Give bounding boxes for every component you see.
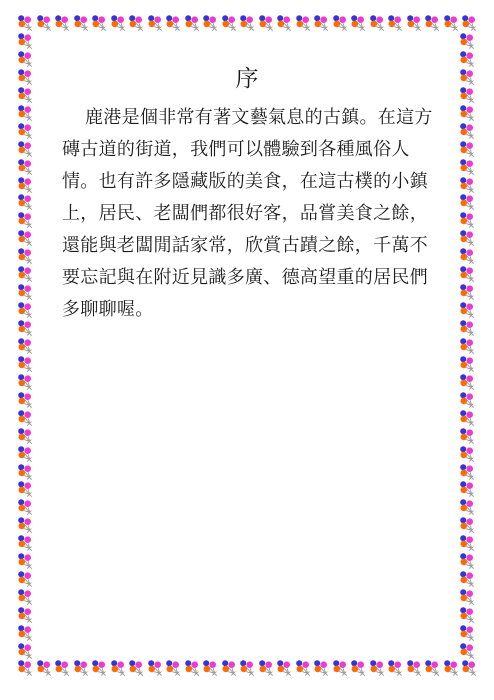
balloons-icon — [443, 660, 459, 676]
balloons-icon — [54, 15, 70, 31]
balloons-icon — [459, 266, 475, 282]
balloons-icon — [350, 660, 366, 676]
balloons-icon — [459, 230, 475, 246]
balloons-icon — [202, 660, 218, 676]
balloons-icon — [459, 589, 475, 605]
body-paragraph: 鹿港是個非常有著文藝氣息的古鎮。在這方磚古道的街道，我們可以體驗到各種風俗人情。… — [62, 101, 434, 325]
document-page: 序 鹿港是個非常有著文藝氣息的古鎮。在這方磚古道的街道，我們可以體驗到各種風俗人… — [0, 0, 494, 700]
balloons-icon — [295, 660, 311, 676]
balloon-border-right — [459, 33, 475, 659]
balloons-icon — [258, 660, 274, 676]
balloons-icon — [459, 33, 475, 49]
balloons-icon — [165, 660, 181, 676]
balloons-icon — [459, 517, 475, 533]
balloons-icon — [128, 660, 144, 676]
balloons-icon — [459, 105, 475, 121]
balloons-icon — [17, 105, 33, 121]
balloons-icon — [459, 284, 475, 300]
page-title: 序 — [0, 60, 494, 93]
balloons-icon — [17, 517, 33, 533]
balloons-icon — [17, 428, 33, 444]
balloons-icon — [110, 660, 126, 676]
balloons-icon — [91, 15, 107, 31]
balloons-icon — [459, 625, 475, 641]
balloons-icon — [459, 643, 475, 659]
balloons-icon — [17, 302, 33, 318]
paragraph-line: 上，居民、老闆們都很好客，品嘗美食之餘， — [62, 197, 434, 229]
balloons-icon — [17, 266, 33, 282]
balloons-icon — [459, 607, 475, 623]
balloon-border-bottom — [17, 660, 477, 676]
balloons-icon — [17, 194, 33, 210]
balloons-icon — [459, 410, 475, 426]
balloons-icon — [17, 15, 33, 31]
paragraph-line: 多聊聊喔。 — [62, 293, 434, 325]
balloons-icon — [387, 15, 403, 31]
balloons-icon — [313, 660, 329, 676]
balloons-icon — [73, 660, 89, 676]
balloons-icon — [295, 15, 311, 31]
balloons-icon — [17, 338, 33, 354]
balloons-icon — [369, 660, 385, 676]
paragraph-line: 磚古道的街道，我們可以體驗到各種風俗人 — [62, 133, 434, 165]
balloons-icon — [332, 660, 348, 676]
balloons-icon — [461, 15, 477, 31]
balloons-icon — [36, 660, 52, 676]
balloons-icon — [387, 660, 403, 676]
balloons-icon — [459, 392, 475, 408]
balloons-icon — [147, 15, 163, 31]
balloons-icon — [17, 446, 33, 462]
balloons-icon — [17, 177, 33, 193]
balloons-icon — [17, 481, 33, 497]
balloons-icon — [459, 338, 475, 354]
balloons-icon — [110, 15, 126, 31]
balloons-icon — [459, 535, 475, 551]
balloons-icon — [443, 15, 459, 31]
balloons-icon — [17, 374, 33, 390]
balloons-icon — [459, 141, 475, 157]
balloons-icon — [459, 194, 475, 210]
balloons-icon — [17, 660, 33, 676]
balloons-icon — [239, 660, 255, 676]
balloons-icon — [369, 15, 385, 31]
balloons-icon — [17, 212, 33, 228]
balloons-icon — [350, 15, 366, 31]
balloons-icon — [17, 535, 33, 551]
balloon-border-top — [17, 15, 477, 31]
balloons-icon — [17, 589, 33, 605]
balloons-icon — [17, 553, 33, 569]
balloons-icon — [17, 284, 33, 300]
balloons-icon — [459, 464, 475, 480]
paragraph-line: 要忘記與在附近見識多廣、德高望重的居民們 — [62, 261, 434, 293]
balloons-icon — [147, 660, 163, 676]
balloons-icon — [239, 15, 255, 31]
balloons-icon — [17, 643, 33, 659]
balloons-icon — [17, 356, 33, 372]
balloons-icon — [17, 33, 33, 49]
balloons-icon — [313, 15, 329, 31]
balloons-icon — [17, 123, 33, 139]
balloons-icon — [17, 625, 33, 641]
balloons-icon — [459, 320, 475, 336]
balloons-icon — [184, 15, 200, 31]
balloons-icon — [258, 15, 274, 31]
paragraph-line: 情。也有許多隱藏版的美食，在這古樸的小鎮 — [62, 165, 434, 197]
balloons-icon — [459, 248, 475, 264]
balloons-icon — [459, 302, 475, 318]
balloons-icon — [73, 15, 89, 31]
balloons-icon — [406, 660, 422, 676]
balloons-icon — [276, 15, 292, 31]
balloons-icon — [459, 177, 475, 193]
balloons-icon — [221, 15, 237, 31]
balloons-icon — [459, 212, 475, 228]
paragraph-line: 鹿港是個非常有著文藝氣息的古鎮。在這方 — [62, 101, 434, 133]
balloons-icon — [165, 15, 181, 31]
balloons-icon — [17, 607, 33, 623]
balloons-icon — [184, 660, 200, 676]
balloons-icon — [128, 15, 144, 31]
balloons-icon — [17, 571, 33, 587]
paragraph-line: 還能與老闆閒話家常，欣賞古蹟之餘，千萬不 — [62, 229, 434, 261]
balloon-border-left — [17, 33, 33, 659]
balloons-icon — [202, 15, 218, 31]
balloons-icon — [424, 660, 440, 676]
balloons-icon — [332, 15, 348, 31]
balloons-icon — [17, 320, 33, 336]
balloons-icon — [36, 15, 52, 31]
balloons-icon — [459, 446, 475, 462]
balloons-icon — [54, 660, 70, 676]
balloons-icon — [17, 499, 33, 515]
balloons-icon — [17, 464, 33, 480]
balloons-icon — [91, 660, 107, 676]
balloons-icon — [17, 159, 33, 175]
balloons-icon — [459, 481, 475, 497]
balloons-icon — [459, 159, 475, 175]
balloons-icon — [221, 660, 237, 676]
balloons-icon — [459, 553, 475, 569]
balloons-icon — [459, 499, 475, 515]
balloons-icon — [459, 571, 475, 587]
balloons-icon — [17, 248, 33, 264]
balloons-icon — [17, 410, 33, 426]
balloons-icon — [459, 123, 475, 139]
balloons-icon — [406, 15, 422, 31]
balloons-icon — [17, 141, 33, 157]
balloons-icon — [459, 374, 475, 390]
balloons-icon — [461, 660, 477, 676]
balloons-icon — [17, 230, 33, 246]
balloons-icon — [17, 392, 33, 408]
balloons-icon — [424, 15, 440, 31]
balloons-icon — [276, 660, 292, 676]
balloons-icon — [459, 428, 475, 444]
balloons-icon — [459, 356, 475, 372]
